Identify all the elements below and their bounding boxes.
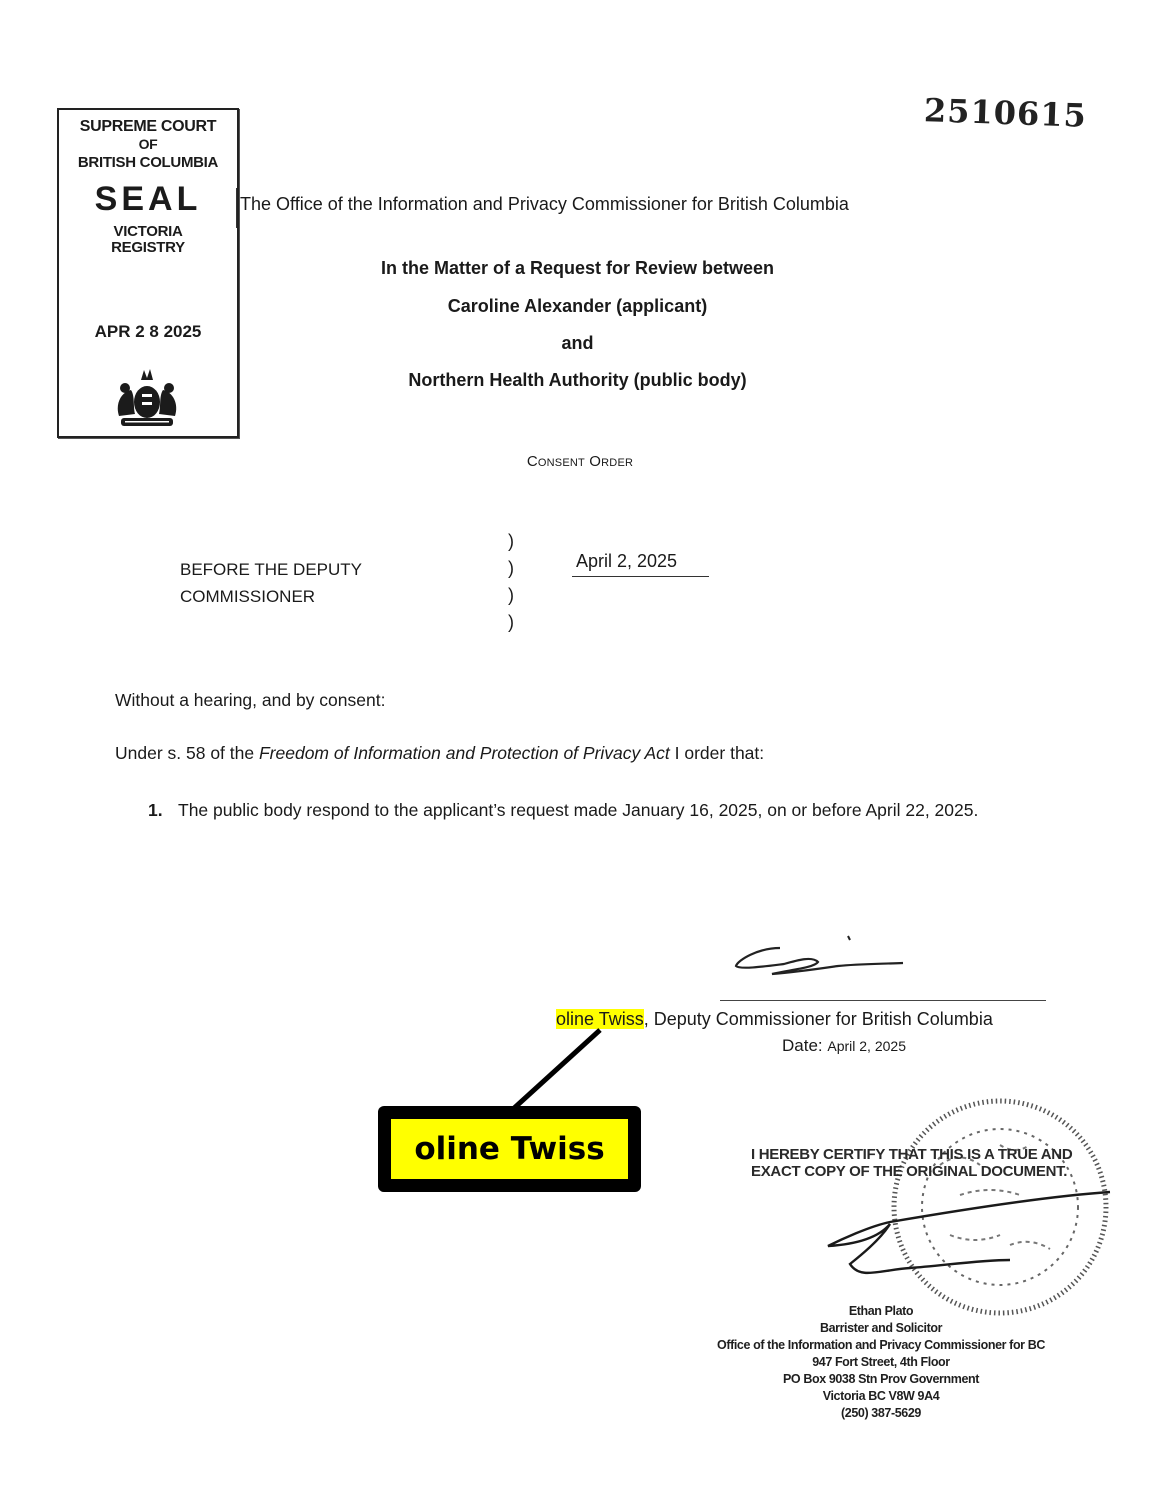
stamp-of: OF — [59, 136, 237, 152]
paren: ) — [508, 582, 514, 609]
and-text: and — [561, 333, 593, 354]
applicant-name: Caroline Alexander (applicant) — [448, 296, 707, 317]
order-text: The public body respond to the applicant… — [178, 797, 1048, 824]
order-number: 1. — [148, 797, 178, 824]
date-label: Date: — [782, 1036, 823, 1055]
signer-title: , Deputy Commissioner for British Columb… — [644, 1009, 993, 1029]
before-block: BEFORE THE DEPUTY COMMISSIONER — [180, 556, 362, 610]
certifier-title: Barrister and Solicitor — [700, 1320, 1062, 1337]
paren: ) — [508, 555, 514, 582]
stamp-court-name: SUPREME COURT — [59, 118, 237, 136]
stamp-registry-city: VICTORIA — [114, 223, 183, 240]
signature-date: Date: April 2, 2025 — [782, 1036, 906, 1056]
authority-suffix: I order that: — [670, 743, 764, 763]
before-line-1: BEFORE THE DEPUTY — [180, 556, 362, 583]
callout-label: oline Twiss — [391, 1119, 628, 1179]
stamp-registry: VICTORIA REGISTRY — [59, 224, 237, 256]
matter-text: In the Matter of a Request for Review be… — [381, 258, 774, 279]
date-value: April 2, 2025 — [827, 1038, 906, 1054]
certification-line-1: I HEREBY CERTIFY THAT THIS IS A TRUE AND — [751, 1146, 1072, 1163]
certifier-name: Ethan Plato — [700, 1303, 1062, 1320]
certification-text: I HEREBY CERTIFY THAT THIS IS A TRUE AND… — [751, 1146, 1072, 1180]
and-line: and — [0, 333, 1155, 354]
certifier-po-box: PO Box 9038 Stn Prov Government — [700, 1371, 1062, 1388]
order-date-underline — [572, 576, 709, 577]
bracket-column: ) ) ) ) — [508, 528, 514, 636]
signature-scribble-icon — [728, 930, 908, 980]
signer-line: oline Twiss, Deputy Commissioner for Bri… — [556, 1009, 993, 1030]
highlighted-name: oline Twiss — [556, 1009, 644, 1029]
margin-line — [236, 188, 237, 228]
intro-paragraph: Without a hearing, and by consent: — [115, 690, 385, 711]
paren: ) — [508, 528, 514, 555]
callout-box: oline Twiss — [378, 1106, 641, 1192]
office-name: The Office of the Information and Privac… — [240, 194, 849, 215]
matter-heading: In the Matter of a Request for Review be… — [0, 258, 1155, 279]
before-line-2: COMMISSIONER — [180, 583, 362, 610]
document-title: Consent Order — [0, 453, 1155, 470]
order-item: 1. The public body respond to the applic… — [148, 797, 1048, 824]
applicant-line: Caroline Alexander (applicant) — [0, 296, 1155, 317]
stamp-seal: SEAL — [59, 180, 237, 219]
public-body-line: Northern Health Authority (public body) — [0, 370, 1155, 391]
paren: ) — [508, 609, 514, 636]
certifier-signature-icon — [820, 1180, 1120, 1290]
certification-line-2: EXACT COPY OF THE ORIGINAL DOCUMENT. — [751, 1163, 1072, 1180]
certifier-block: Ethan Plato Barrister and Solicitor Offi… — [700, 1303, 1062, 1422]
certifier-phone: (250) 387-5629 — [700, 1405, 1062, 1422]
signature-line — [720, 1000, 1046, 1001]
document-number: 2510615 — [923, 91, 1087, 135]
stamp-registry-word: REGISTRY — [111, 239, 185, 256]
authority-prefix: Under s. 58 of the — [115, 743, 259, 763]
public-body-name: Northern Health Authority (public body) — [408, 370, 746, 391]
certifier-city: Victoria BC V8W 9A4 — [700, 1388, 1062, 1405]
certifier-office: Office of the Information and Privacy Co… — [700, 1337, 1062, 1354]
stamp-province: BRITISH COLUMBIA — [59, 154, 237, 171]
authority-paragraph: Under s. 58 of the Freedom of Informatio… — [115, 743, 764, 764]
act-name: Freedom of Information and Protection of… — [259, 743, 670, 763]
order-date: April 2, 2025 — [576, 551, 677, 572]
certifier-address: 947 Fort Street, 4th Floor — [700, 1354, 1062, 1371]
